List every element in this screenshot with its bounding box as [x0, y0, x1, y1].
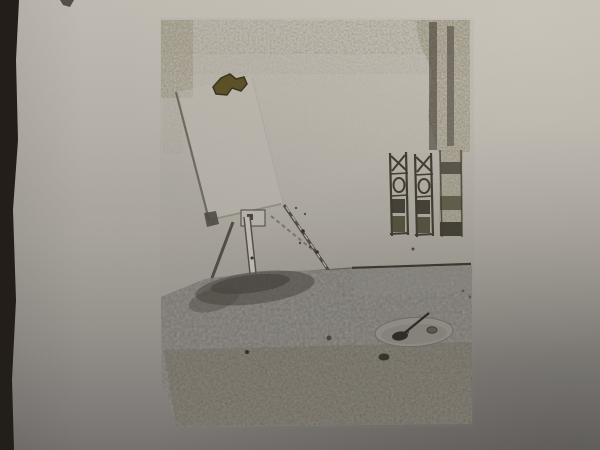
- strip-bar: [415, 234, 434, 235]
- leg-joint: [251, 257, 254, 260]
- grain-block-left: [161, 20, 193, 98]
- strip-block: [441, 162, 461, 174]
- strip-block: [392, 199, 405, 213]
- floor-spot: [327, 336, 332, 341]
- leg-rung-dot: [315, 250, 319, 254]
- printed-page-scene: [0, 0, 600, 450]
- palette-thumb-hole: [427, 327, 437, 333]
- speck: [295, 207, 297, 209]
- strip-bar: [416, 196, 433, 197]
- dark-streak: [447, 26, 454, 146]
- strip-rail: [461, 150, 462, 237]
- speck: [462, 290, 465, 293]
- strip-block: [440, 222, 462, 236]
- photo-of-printed-page: [0, 0, 600, 450]
- strip-bar: [390, 173, 408, 174]
- speck: [304, 213, 306, 215]
- dark-streak: [429, 22, 437, 150]
- speck: [469, 296, 471, 298]
- brush-tip: [401, 333, 405, 337]
- floor-darker-grain: [164, 342, 472, 426]
- floor-spot: [379, 354, 390, 361]
- decor-strip-dense: [439, 150, 463, 237]
- strip-block: [417, 217, 430, 233]
- strip-block: [392, 216, 405, 232]
- floor-spot: [245, 350, 249, 354]
- strip-bar: [390, 233, 409, 234]
- strip-block: [440, 196, 462, 210]
- speck: [412, 248, 415, 251]
- strip-bar: [415, 174, 433, 175]
- printed-photo: [160, 18, 474, 428]
- leg-rung-dot: [301, 229, 305, 233]
- floor-light-band: [352, 265, 472, 296]
- strip-block: [417, 200, 430, 214]
- speck: [299, 242, 301, 244]
- grain-band-top-fade: [161, 52, 469, 74]
- strip-bar: [391, 195, 408, 196]
